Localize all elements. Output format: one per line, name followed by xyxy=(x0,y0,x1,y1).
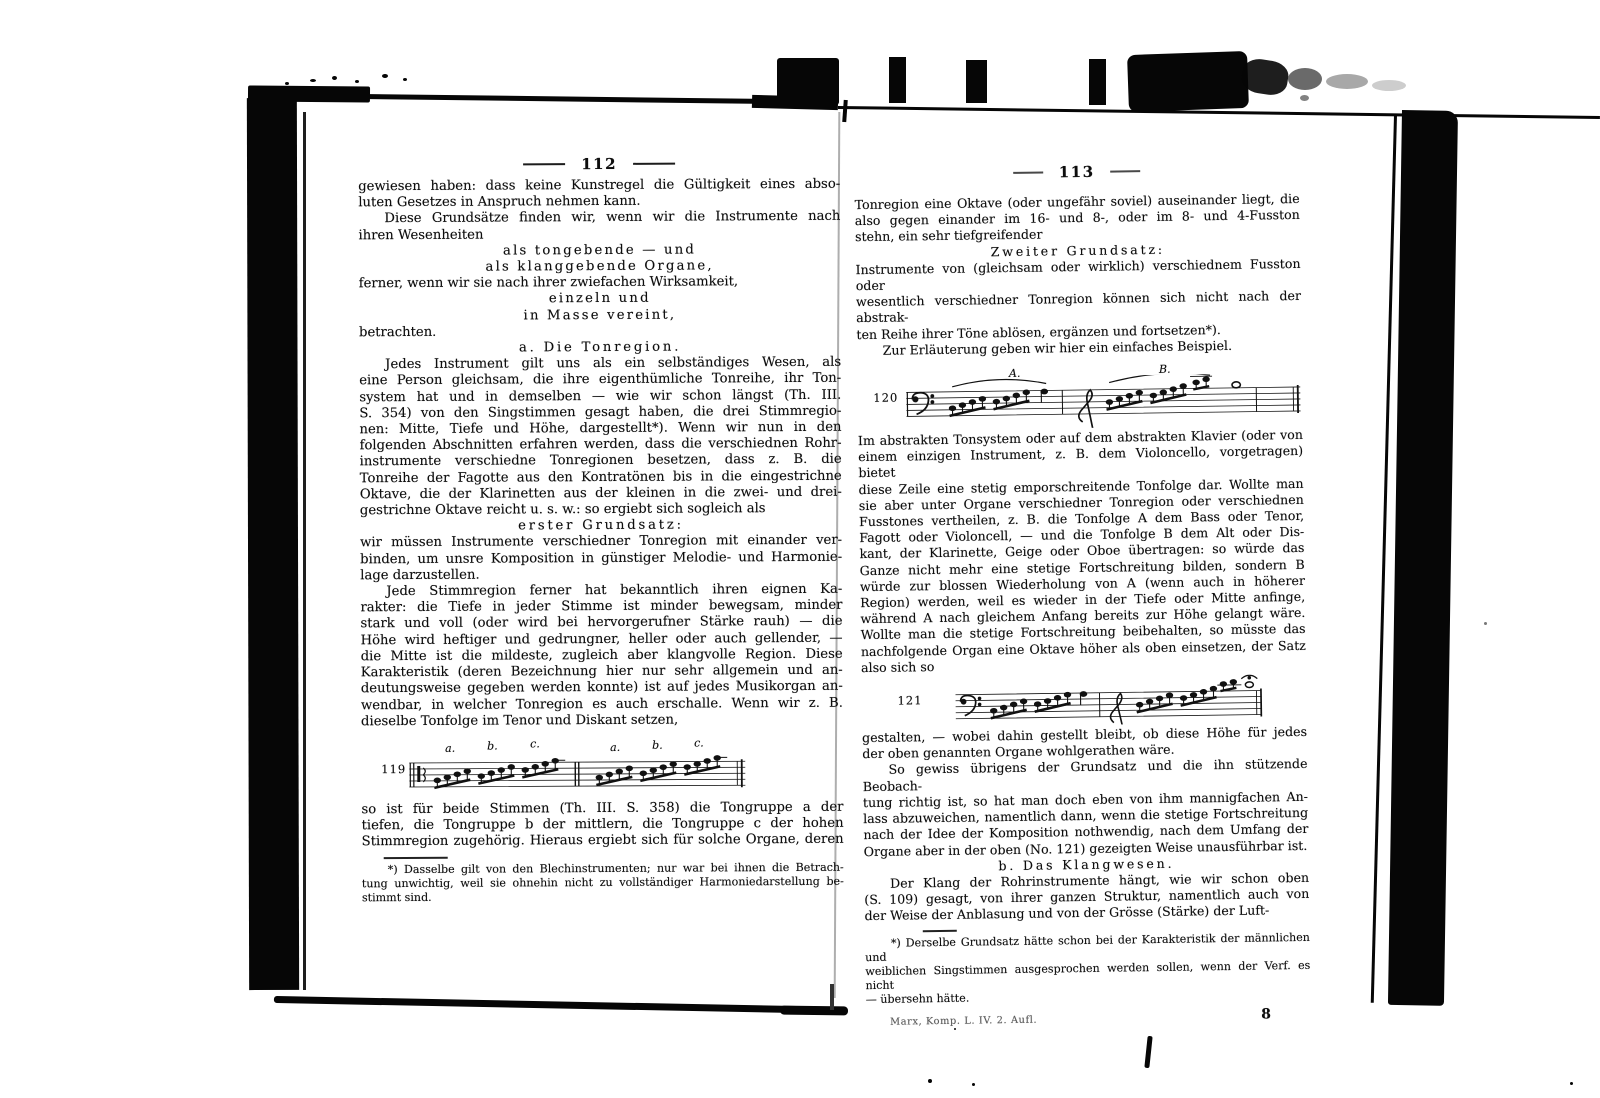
music-example-number: 119 xyxy=(381,762,406,776)
scan-edge-right-bar xyxy=(1388,110,1458,1006)
scan-speckle xyxy=(332,76,337,80)
scan-speckle xyxy=(972,1083,975,1086)
footnote-separator xyxy=(384,856,448,858)
scan-speckle xyxy=(310,79,316,82)
music-group-label: b. xyxy=(487,739,498,752)
staff-notation-121 xyxy=(953,675,1266,727)
music-example-119: 119 a. b. c. a. b. c. xyxy=(361,738,843,803)
page-112: 112 gewiesen haben: dass keine Kunstrege… xyxy=(358,149,844,906)
text-line: eine Person gleichsam, die ihre eigenthü… xyxy=(359,371,841,390)
page-header: 112 xyxy=(358,149,840,180)
body-text-lower: so ist für beide Stimmen (Th. III. S. 35… xyxy=(361,800,843,851)
page-number: 112 xyxy=(581,155,617,173)
scan-speckle xyxy=(355,80,359,83)
body-text-upper: gewiesen haben: dass keine Kunstregel di… xyxy=(358,177,843,730)
music-example-121: 121 xyxy=(861,672,1307,730)
text-line: deutungsweise gegeben werden konnte) ist… xyxy=(361,679,843,698)
music-example-120: 120 A. B. xyxy=(857,367,1303,433)
scan-speckle xyxy=(1570,1082,1573,1085)
text-line: Oktave, die der Klarinetten aus der klei… xyxy=(360,485,842,504)
footnote-separator xyxy=(923,929,957,931)
text-line: Diese Grundsätze finden wir, wenn wir di… xyxy=(358,209,840,228)
scan-top-blob xyxy=(966,60,987,103)
text-line: Stimmregion zugehörig. Hieraus ergiebt s… xyxy=(362,832,844,851)
music-example-number: 120 xyxy=(873,391,898,405)
footnote-text: *) Dasselbe gilt von den Blechinstrument… xyxy=(362,860,844,905)
scan-speckle xyxy=(928,1079,932,1083)
page-113: 113 Tonregion eine Oktave (oder ungefähr… xyxy=(854,147,1311,1028)
scan-top-blob xyxy=(889,57,906,103)
text-line: tung unwichtig, weil sie ohnehin nicht z… xyxy=(362,874,844,891)
page-header: 113 xyxy=(854,147,1300,197)
scan-edge-top-left-line xyxy=(362,94,770,104)
scan-edge-bottom-left-line xyxy=(780,1006,848,1016)
scan-speckle xyxy=(285,82,289,85)
page-number: 113 xyxy=(1059,163,1095,181)
book-scan-spread: 112 gewiesen haben: dass keine Kunstrege… xyxy=(0,0,1600,1098)
header-rule-right xyxy=(633,163,675,165)
text-line: wendbar, in welcher Tonregion es auch er… xyxy=(361,695,843,714)
page-footer: Marx, Komp. L. IV. 2. Aufl. 8 xyxy=(866,1005,1311,1027)
body-text-upper: Tonregion eine Oktave (oder ungefähr sov… xyxy=(855,191,1302,359)
footnote-text: *) Derselbe Grundsatz hätte schon bei de… xyxy=(865,930,1311,1007)
text-line: gewiesen haben: dass keine Kunstregel di… xyxy=(358,177,840,196)
music-group-label: c. xyxy=(694,736,704,749)
scan-top-smudge xyxy=(1127,51,1249,112)
scan-speckle xyxy=(382,74,388,78)
body-text-middle: Im abstrakten Tonsystem oder auf dem abs… xyxy=(858,427,1306,676)
text-line: dieselbe Tonfolge im Tenor und Diskant s… xyxy=(361,711,843,730)
text-line: stimmt sind. xyxy=(362,889,844,906)
header-rule-left xyxy=(1013,171,1043,174)
scan-gutter-tick xyxy=(830,984,834,1010)
music-group-label: a. xyxy=(610,741,620,754)
scan-edge-left-bar xyxy=(247,98,299,990)
music-group-label: c. xyxy=(530,737,540,750)
scan-edge-left-thin-line xyxy=(303,112,306,990)
scan-top-smudge xyxy=(1288,68,1322,90)
scan-gutter-tick xyxy=(842,100,848,122)
scan-speckle-streak xyxy=(1144,1036,1152,1068)
scan-speckle xyxy=(1300,95,1309,101)
staff-notation-120 xyxy=(904,373,1305,431)
scan-edge-bottom-left-line xyxy=(274,996,846,1014)
scan-top-smudge xyxy=(1326,74,1368,89)
scan-top-blob xyxy=(777,58,839,105)
header-rule-right xyxy=(1111,170,1141,173)
sheet-catchword: 8 xyxy=(1261,1006,1271,1022)
music-example-number: 121 xyxy=(897,693,922,707)
scan-top-smudge xyxy=(1372,80,1406,91)
music-group-label: b. xyxy=(652,739,663,752)
text-line: binden, um unsre Komposition in günstige… xyxy=(360,549,842,568)
staff-notation-119 xyxy=(407,754,747,796)
scan-speckle xyxy=(1484,622,1487,625)
scan-speckle xyxy=(403,78,407,81)
scan-top-blob xyxy=(1089,59,1106,105)
music-group-label: a. xyxy=(445,742,455,755)
body-text-lower: gestalten, — wobei dahin gestellt bleibt… xyxy=(862,724,1310,925)
scan-speckle xyxy=(954,1028,956,1030)
printers-signature: Marx, Komp. L. IV. 2. Aufl. xyxy=(890,1014,1037,1027)
header-rule-left xyxy=(523,163,565,165)
